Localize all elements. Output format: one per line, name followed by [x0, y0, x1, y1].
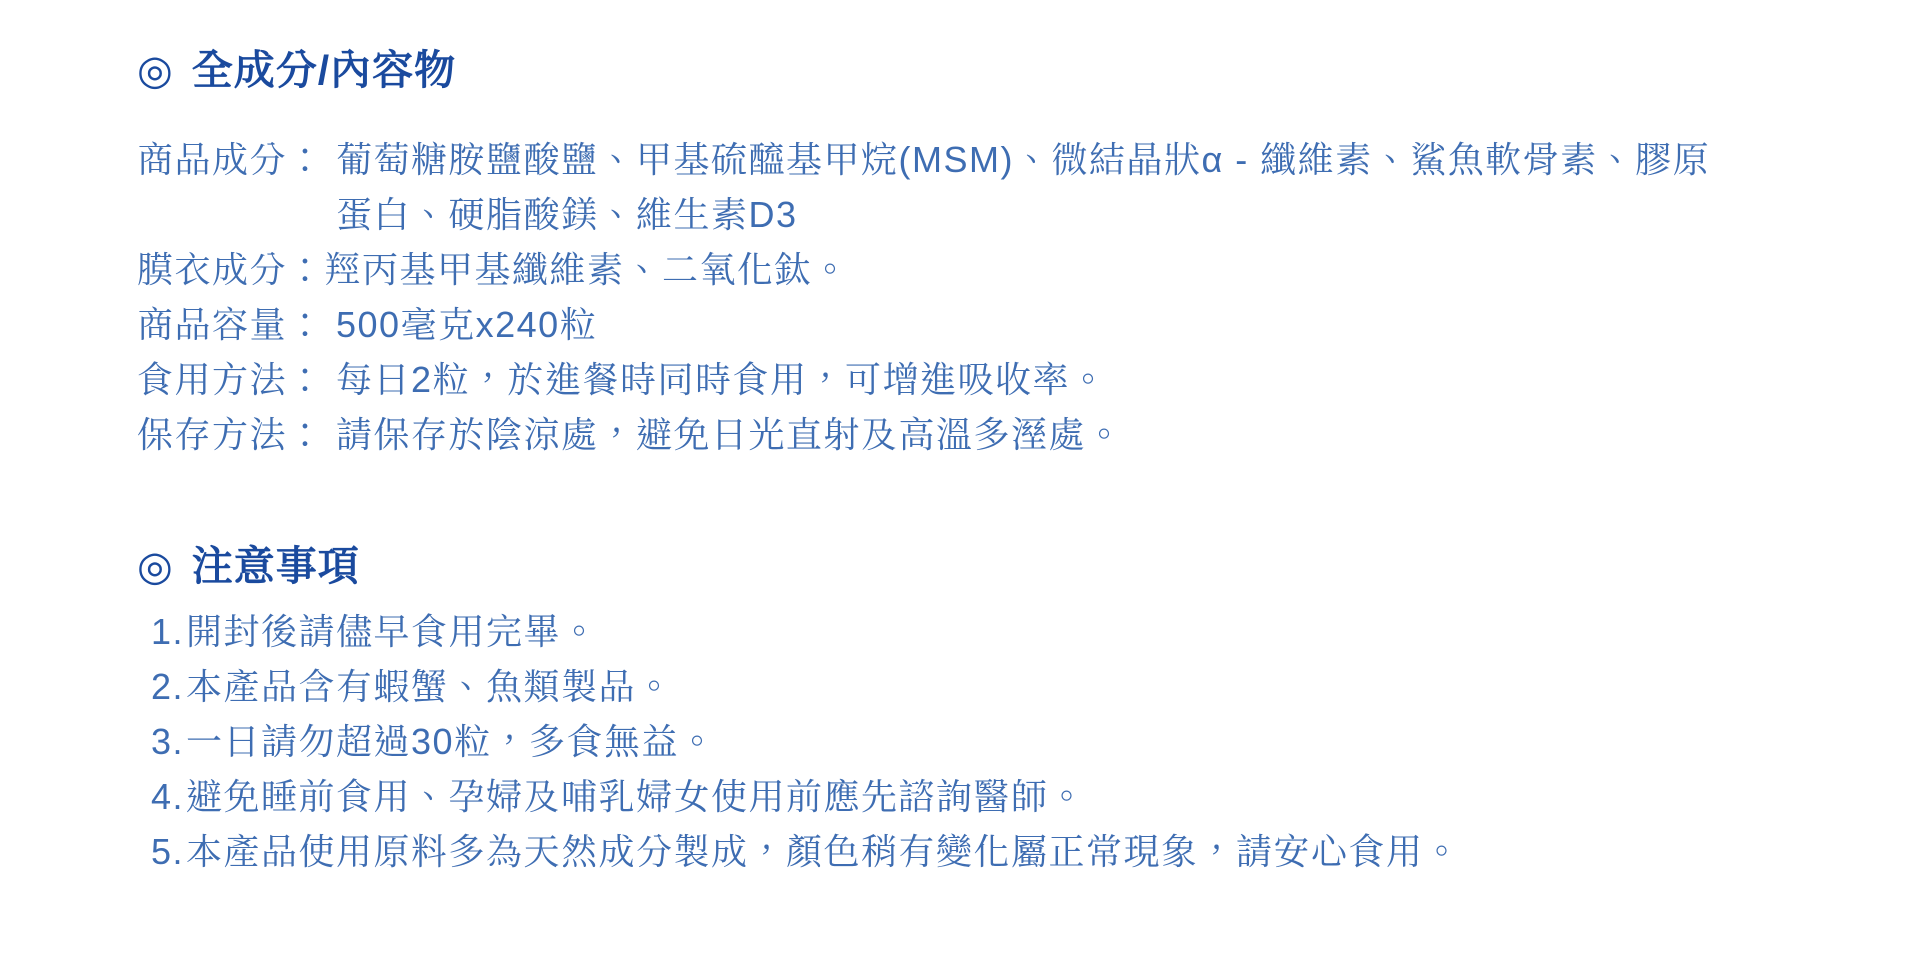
note-item: 1. 開封後請儘早食用完畢。: [151, 604, 1817, 659]
notes-heading: ◎ 注意事項: [137, 540, 1817, 592]
bullseye-icon: ◎: [137, 44, 174, 96]
note-text: 本產品含有蝦蟹、魚類製品。: [186, 659, 674, 714]
note-number: 1.: [151, 604, 186, 659]
note-number: 3.: [151, 714, 186, 769]
row-coating-ingredients: 膜衣成分： 羥丙基甲基纖維素、二氧化鈦。: [137, 242, 1817, 297]
note-item: 5. 本產品使用原料多為天然成分製成，顏色稍有變化屬正常現象，請安心食用。: [151, 824, 1817, 879]
row-storage-method: 保存方法： 請保存於陰涼處，避免日光直射及高溫多溼處。: [137, 407, 1817, 462]
row-label: 商品容量：: [137, 297, 336, 352]
row-label: 保存方法：: [137, 407, 336, 462]
note-item: 2. 本產品含有蝦蟹、魚類製品。: [151, 659, 1817, 714]
note-text: 本產品使用原料多為天然成分製成，顏色稍有變化屬正常現象，請安心食用。: [186, 824, 1461, 879]
row-label: 商品成分：: [137, 132, 336, 187]
notes-heading-text: 注意事項: [192, 540, 360, 592]
row-value: 請保存於陰涼處，避免日光直射及高溫多溼處。: [336, 407, 1124, 462]
row-usage-method: 食用方法： 每日2粒，於進餐時同時食用，可增進吸收率。: [137, 352, 1817, 407]
row-value: 每日2粒，於進餐時同時食用，可增進吸收率。: [336, 352, 1108, 407]
note-item: 3. 一日請勿超過30粒，多食無益。: [151, 714, 1817, 769]
row-value: 500毫克x240粒: [336, 297, 597, 352]
row-product-capacity: 商品容量： 500毫克x240粒: [137, 297, 1817, 352]
note-text: 避免睡前食用、孕婦及哺乳婦女使用前應先諮詢醫師。: [186, 769, 1086, 824]
note-number: 4.: [151, 769, 186, 824]
product-info-content: ◎ 全成分/內容物 商品成分： 葡萄糖胺鹽酸鹽、甲基硫醯基甲烷(MSM)、微結晶…: [137, 44, 1817, 879]
row-value: 葡萄糖胺鹽酸鹽、甲基硫醯基甲烷(MSM)、微結晶狀α - 纖維素、鯊魚軟骨素、膠…: [336, 132, 1741, 242]
ingredients-heading: ◎ 全成分/內容物: [137, 44, 1817, 96]
note-text: 開封後請儘早食用完畢。: [186, 604, 599, 659]
ingredients-heading-text: 全成分/內容物: [192, 44, 456, 96]
row-value: 羥丙基甲基纖維素、二氧化鈦。: [325, 242, 850, 297]
row-label: 膜衣成分：: [137, 242, 325, 297]
product-info-page: ◎ 全成分/內容物 商品成分： 葡萄糖胺鹽酸鹽、甲基硫醯基甲烷(MSM)、微結晶…: [0, 0, 1920, 960]
note-item: 4. 避免睡前食用、孕婦及哺乳婦女使用前應先諮詢醫師。: [151, 769, 1817, 824]
bullseye-icon: ◎: [137, 540, 174, 592]
note-text: 一日請勿超過30粒，多食無益。: [186, 714, 717, 769]
note-number: 5.: [151, 824, 186, 879]
note-number: 2.: [151, 659, 186, 714]
row-product-ingredients: 商品成分： 葡萄糖胺鹽酸鹽、甲基硫醯基甲烷(MSM)、微結晶狀α - 纖維素、鯊…: [137, 132, 1817, 242]
ingredients-rows: 商品成分： 葡萄糖胺鹽酸鹽、甲基硫醯基甲烷(MSM)、微結晶狀α - 纖維素、鯊…: [137, 132, 1817, 462]
notes-list: 1. 開封後請儘早食用完畢。 2. 本產品含有蝦蟹、魚類製品。 3. 一日請勿超…: [137, 604, 1817, 879]
row-label: 食用方法：: [137, 352, 336, 407]
